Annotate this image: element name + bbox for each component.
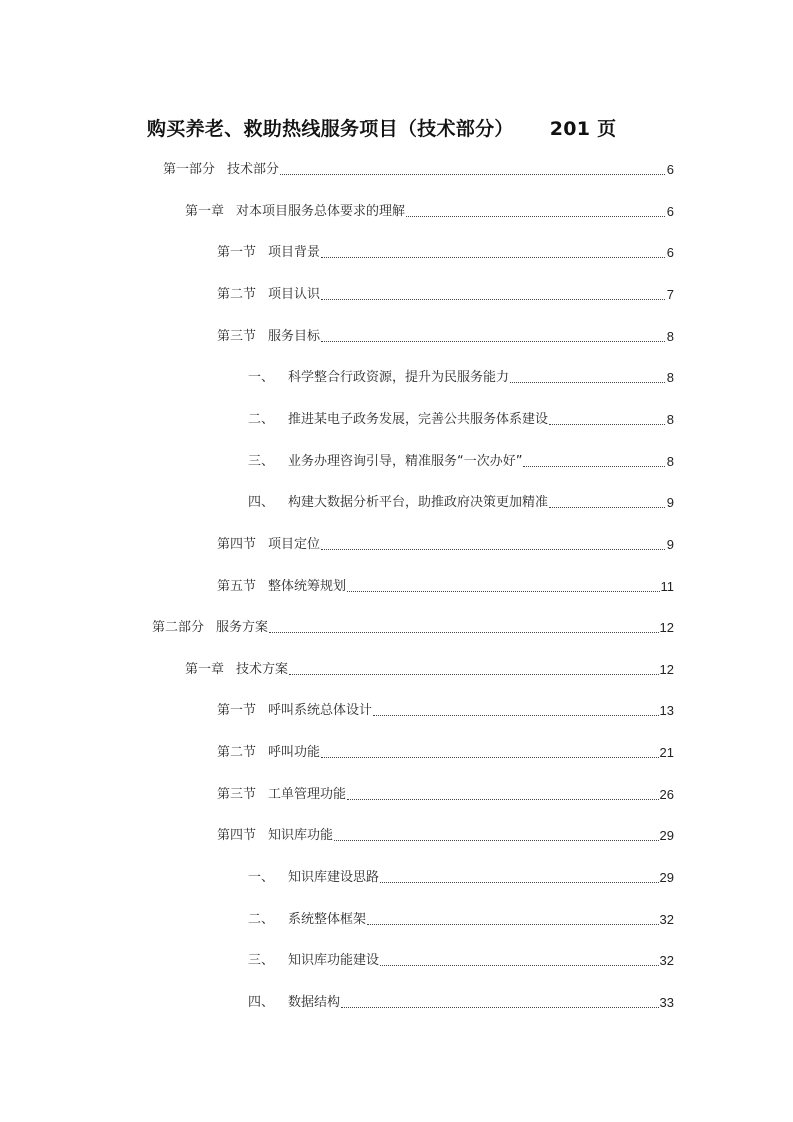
toc-entry-page-number: 8 <box>666 327 674 347</box>
toc-entry-page-number: 11 <box>661 577 675 597</box>
dot-leader <box>347 785 659 805</box>
toc-entry-number: 第一部分 <box>163 160 215 180</box>
toc-entry-number: 三、 <box>248 951 288 971</box>
toc-entry-label: 推进某电子政务发展，完善公共服务体系建设 <box>288 410 548 430</box>
toc-entry-number: 四、 <box>248 493 288 513</box>
toc-entry-number: 第一章 <box>185 660 224 680</box>
toc-entry-label: 知识库功能 <box>268 826 333 846</box>
dot-leader <box>321 743 659 763</box>
toc-entry-part1[interactable]: 第一部分技术部分6 <box>163 160 674 180</box>
dot-leader <box>549 493 665 513</box>
toc-entry-number: 一、 <box>248 368 288 388</box>
toc-entry-label: 整体统筹规划 <box>268 577 346 597</box>
toc-entry-label: 项目背景 <box>268 243 320 263</box>
dot-leader <box>347 577 659 597</box>
dot-leader <box>549 410 665 430</box>
toc-entry-sec[interactable]: 第三节工单管理功能26 <box>217 785 674 805</box>
toc-entry-label: 系统整体框架 <box>288 910 366 930</box>
toc-entry-chap[interactable]: 第一章技术方案12 <box>185 660 674 680</box>
toc-entry-page-number: 7 <box>666 285 674 305</box>
dot-leader <box>380 951 659 971</box>
toc-entry-number: 第五节 <box>217 577 256 597</box>
document-title: 购买养老、救助热线服务项目（技术部分）201 页 <box>147 114 667 146</box>
dot-leader <box>373 701 659 721</box>
toc-entry-page-number: 8 <box>666 368 674 388</box>
toc-entry-item[interactable]: 二、系统整体框架32 <box>248 910 674 930</box>
toc-entry-chap[interactable]: 第一章对本项目服务总体要求的理解6 <box>185 202 674 222</box>
document-page: 购买养老、救助热线服务项目（技术部分）201 页 第一部分技术部分6第一章对本项… <box>0 0 793 1122</box>
toc-entry-sec[interactable]: 第三节服务目标8 <box>217 327 674 347</box>
page-count: 201 页 <box>550 118 617 140</box>
toc-entry-label: 项目定位 <box>268 535 320 555</box>
toc-entry-sec[interactable]: 第二节项目认识7 <box>217 285 674 305</box>
dot-leader <box>341 993 659 1013</box>
toc-entry-page-number: 29 <box>660 868 674 888</box>
toc-entry-label: 项目认识 <box>268 285 320 305</box>
toc-entry-sec[interactable]: 第五节整体统筹规划11 <box>217 577 674 597</box>
toc-entry-number: 第一节 <box>217 243 256 263</box>
toc-entry-item[interactable]: 三、知识库功能建设32 <box>248 951 674 971</box>
toc-entry-sec[interactable]: 第四节知识库功能29 <box>217 826 674 846</box>
dot-leader <box>406 202 665 222</box>
toc-entry-label: 科学整合行政资源，提升为民服务能力 <box>288 368 509 388</box>
toc-entry-sec[interactable]: 第四节项目定位9 <box>217 535 674 555</box>
toc-entry-sec[interactable]: 第二节呼叫功能21 <box>217 743 674 763</box>
dot-leader <box>321 243 665 263</box>
toc-entry-number: 第四节 <box>217 535 256 555</box>
toc-entry-number: 第一节 <box>217 701 256 721</box>
toc-entry-page-number: 12 <box>660 618 674 638</box>
toc-entry-page-number: 13 <box>660 701 674 721</box>
toc-entry-part[interactable]: 第二部分服务方案12 <box>152 618 674 638</box>
toc-entry-item[interactable]: 四、构建大数据分析平台，助推政府决策更加精准9 <box>248 493 674 513</box>
dot-leader <box>334 826 659 846</box>
dot-leader <box>321 285 665 305</box>
toc-entry-page-number: 32 <box>660 910 674 930</box>
dot-leader <box>269 618 659 638</box>
toc-entry-page-number: 26 <box>660 785 674 805</box>
toc-entry-page-number: 8 <box>666 452 674 472</box>
dot-leader <box>289 660 659 680</box>
toc-entry-label: 工单管理功能 <box>268 785 346 805</box>
toc-entry-page-number: 9 <box>666 493 674 513</box>
toc-entry-page-number: 8 <box>666 410 674 430</box>
toc-entry-label: 数据结构 <box>288 993 340 1013</box>
toc-entry-number: 二、 <box>248 410 288 430</box>
toc-entry-sec[interactable]: 第一节呼叫系统总体设计13 <box>217 701 674 721</box>
title-text: 购买养老、救助热线服务项目（技术部分） <box>147 118 514 140</box>
toc-entry-label: 知识库建设思路 <box>288 868 379 888</box>
dot-leader <box>380 868 659 888</box>
toc-entry-label: 呼叫功能 <box>268 743 320 763</box>
toc-entry-page-number: 12 <box>660 660 674 680</box>
toc-entry-number: 二、 <box>248 910 288 930</box>
toc-entry-label: 呼叫系统总体设计 <box>268 701 372 721</box>
toc-entry-page-number: 29 <box>660 826 674 846</box>
toc-entry-label: 知识库功能建设 <box>288 951 379 971</box>
toc-entry-label: 技术部分 <box>227 160 279 180</box>
toc-entry-label: 对本项目服务总体要求的理解 <box>236 202 405 222</box>
toc-entry-number: 一、 <box>248 868 288 888</box>
toc-entry-label: 服务目标 <box>268 327 320 347</box>
dot-leader <box>321 327 665 347</box>
toc-entry-page-number: 6 <box>666 243 674 263</box>
toc-entry-number: 第三节 <box>217 327 256 347</box>
dot-leader <box>523 452 665 472</box>
toc-entry-number: 四、 <box>248 993 288 1013</box>
toc-entry-page-number: 33 <box>660 993 674 1013</box>
toc-entry-label: 服务方案 <box>216 618 268 638</box>
toc-entry-label: 业务办理咨询引导，精准服务“一次办好” <box>288 452 522 472</box>
toc-entry-item[interactable]: 三、业务办理咨询引导，精准服务“一次办好”8 <box>248 452 674 472</box>
toc-entry-item[interactable]: 二、推进某电子政务发展，完善公共服务体系建设8 <box>248 410 674 430</box>
toc-entry-number: 第二部分 <box>152 618 204 638</box>
dot-leader <box>367 910 659 930</box>
toc-entry-page-number: 32 <box>660 951 674 971</box>
toc-entry-item[interactable]: 一、知识库建设思路29 <box>248 868 674 888</box>
toc-entry-number: 第一章 <box>185 202 224 222</box>
dot-leader <box>280 160 665 180</box>
toc-entry-page-number: 6 <box>666 160 674 180</box>
toc-entry-label: 构建大数据分析平台，助推政府决策更加精准 <box>288 493 548 513</box>
toc-entry-page-number: 6 <box>666 202 674 222</box>
toc-entry-sec[interactable]: 第一节项目背景6 <box>217 243 674 263</box>
toc-entry-item[interactable]: 四、数据结构33 <box>248 993 674 1013</box>
toc-entry-label: 技术方案 <box>236 660 288 680</box>
toc-entry-number: 第三节 <box>217 785 256 805</box>
toc-entry-page-number: 21 <box>660 743 674 763</box>
dot-leader <box>321 535 665 555</box>
toc-entry-number: 第二节 <box>217 743 256 763</box>
toc-entry-item[interactable]: 一、科学整合行政资源，提升为民服务能力8 <box>248 368 674 388</box>
toc-entry-number: 第四节 <box>217 826 256 846</box>
toc-entry-number: 第二节 <box>217 285 256 305</box>
toc-entry-page-number: 9 <box>666 535 674 555</box>
dot-leader <box>510 368 665 388</box>
toc-entry-number: 三、 <box>248 452 288 472</box>
